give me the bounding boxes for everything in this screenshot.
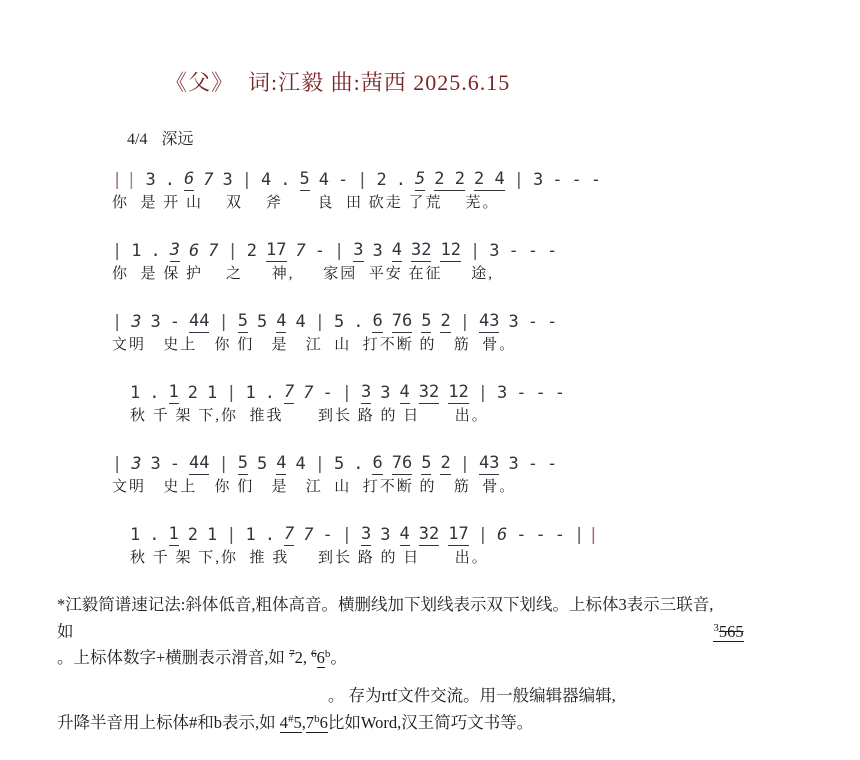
note: 2: [377, 170, 387, 191]
score-line-4: 1.121|1.77-|3343212|3---秋 千 架 下,你 推我 到长 …: [112, 378, 601, 426]
note: 2: [440, 311, 450, 333]
note: 7: [458, 524, 468, 544]
footnote-text: 。上标体数字+横删表示滑音,如: [57, 648, 289, 667]
barline: |: [218, 454, 228, 475]
footnote-text: *江毅简谱速记法:斜体低音,粗体高音。横删线加下划线表示双下划线。上标体3表示三…: [57, 622, 713, 641]
duration-dash: -: [528, 241, 538, 262]
barline: |: [460, 312, 470, 333]
note: 4: [319, 170, 329, 191]
note: 3: [170, 240, 180, 262]
duration-dash: -: [555, 383, 565, 404]
note: 4: [400, 382, 410, 404]
note: 6: [184, 169, 194, 191]
note: 3: [373, 241, 383, 262]
score-line-2: |1.367|2177-|3343212|3---你 是 保 护 之 神, 家园…: [112, 236, 601, 284]
footnote-text: ,: [303, 648, 311, 667]
footnote-text: 。 存为rtf文件交流。用一般编辑器编辑, 比如Word,汉王简巧文书等。: [328, 713, 616, 732]
score-line-3: |33-44|5544|5.67652|433--文明 史上 你 们 是 江 山…: [112, 307, 601, 355]
barline: |: [478, 525, 488, 546]
note: 7: [303, 525, 313, 546]
note: 3: [131, 312, 141, 333]
barline: |: [228, 241, 238, 262]
duration-dash: -: [555, 525, 565, 546]
note: 6: [189, 241, 199, 262]
duration-dot: .: [165, 170, 175, 191]
notes-row: |1.367|2177-|3343212|3---: [112, 236, 601, 262]
footnote-paragraph-2: 升降半音用上标体#和b表示,如 4#5,7b6。 存为rtf文件交流。用一般编辑…: [57, 683, 821, 736]
duration-dash: -: [508, 241, 518, 262]
song-date: 2025.6.15: [413, 70, 510, 95]
note: 6: [497, 525, 507, 546]
note: 1: [169, 524, 179, 546]
note: 5: [334, 312, 344, 333]
note: 3: [497, 383, 507, 404]
notes-row: |33-44|5544|5.67652|433--: [112, 307, 601, 333]
notes-row: 1.121|1.77-|3343212|3---: [130, 378, 601, 404]
duration-dash: -: [338, 170, 348, 191]
song-title: 《父》: [165, 70, 234, 95]
note: 2: [188, 525, 198, 546]
note: 7: [276, 240, 286, 260]
note: 44: [189, 311, 209, 333]
note: 7: [303, 383, 313, 404]
duration-dash: -: [516, 525, 526, 546]
duration-dash: -: [547, 312, 557, 333]
duration-dot: .: [265, 525, 275, 546]
barline: |: [470, 241, 480, 262]
score-line-6: 1.121|1.77-|3343217|6---||秋 千 架 下,你 推 我 …: [112, 520, 601, 568]
note: 4: [276, 453, 286, 475]
note: 32: [411, 240, 431, 262]
barline-stroke: |: [126, 170, 136, 190]
duration-dash: -: [170, 454, 180, 475]
note: 76: [392, 453, 412, 475]
duration-dash: -: [571, 170, 581, 191]
note: 3: [151, 454, 161, 475]
duration-dash: -: [323, 525, 333, 546]
lyrics-line: 你 是 开 山 双 斧 良 田 砍走 了荒 芜。: [112, 193, 601, 213]
barline: |: [315, 312, 325, 333]
note: 4: [276, 311, 286, 333]
duration-dot: .: [149, 383, 159, 404]
barline: |: [112, 454, 122, 475]
duration-dot: .: [280, 170, 290, 191]
note: 7: [284, 382, 294, 404]
note: 6: [372, 311, 382, 333]
note: 1: [130, 525, 140, 546]
footnote-text: 4: [280, 713, 288, 733]
note: 3: [361, 382, 371, 404]
note: 12: [440, 240, 460, 262]
duration-dash: -: [535, 383, 545, 404]
barline-stroke: |: [112, 170, 122, 190]
note: 2: [247, 241, 257, 262]
note: 1: [169, 382, 179, 404]
barline: |: [342, 383, 352, 404]
duration-dash: -: [170, 312, 180, 333]
note: 3: [508, 312, 518, 333]
note: 2 4: [474, 169, 505, 191]
note: 5: [334, 454, 344, 475]
note: 5: [257, 454, 267, 475]
note: 1: [246, 383, 256, 404]
note: 3: [380, 383, 390, 404]
footnotes: *江毅简谱速记法:斜体低音,粗体高音。横删线加下划线表示双下划线。上标体3表示三…: [57, 592, 821, 748]
duration-dash: -: [315, 241, 325, 262]
barline: |: [478, 383, 488, 404]
note: 2: [188, 383, 198, 404]
note: 5: [238, 311, 248, 333]
footnote-text: 6: [320, 713, 328, 733]
note: 7: [208, 241, 218, 262]
note: 2 2: [434, 169, 465, 191]
note: 5: [257, 312, 267, 333]
note: 4: [295, 454, 305, 475]
duration-dot: .: [396, 170, 406, 191]
sheet-music-page: 《父》词:江毅 曲:茜西 2025.6.15 4/4深远 ||3.673|4.5…: [0, 0, 860, 760]
barline: |: [226, 383, 236, 404]
song-credits: 词:江毅 曲:茜西: [248, 70, 407, 95]
note: 7: [203, 170, 213, 191]
duration-dot: .: [149, 525, 159, 546]
lyrics-line: 文明 史上 你 们 是 江 山 打不断 的 筋 骨。: [112, 477, 601, 497]
note: 6: [372, 453, 382, 475]
duration-dash: -: [528, 312, 538, 333]
note: 4: [392, 240, 402, 262]
notes-row: 1.121|1.77-|3343217|6---||: [130, 520, 601, 546]
notes-row: ||3.673|4.54-|2.52 22 4|3---: [112, 165, 601, 191]
note: 5: [238, 453, 248, 475]
tempo-marking: 深远: [161, 131, 193, 148]
score: ||3.673|4.54-|2.52 22 4|3---你 是 开 山 双 斧 …: [112, 165, 601, 591]
note: 3: [508, 454, 518, 475]
note: 3: [151, 312, 161, 333]
note: 1: [448, 524, 458, 544]
note: 3: [131, 454, 141, 475]
note: 32: [419, 382, 439, 404]
note: 43: [479, 453, 499, 475]
barline-stroke: |: [588, 525, 598, 545]
note: 4: [295, 312, 305, 333]
barline: |: [315, 454, 325, 475]
song-title-row: 《父》词:江毅 曲:茜西 2025.6.15: [165, 66, 510, 97]
duration-dash: -: [591, 170, 601, 191]
duration-dash: -: [535, 525, 545, 546]
barline: |: [514, 170, 524, 191]
note: 3: [533, 170, 543, 191]
footnote-text: 5: [294, 713, 302, 733]
note: 3: [489, 241, 499, 262]
barline: |: [334, 241, 344, 262]
note: 5: [421, 311, 431, 333]
barline: ||: [112, 170, 137, 191]
note: 17: [448, 524, 469, 546]
note: 1: [266, 240, 276, 260]
barline: ||: [574, 525, 599, 546]
note: 1: [246, 525, 256, 546]
barline-stroke: |: [574, 525, 584, 545]
score-line-5: |33-44|5544|5.67652|433--文明 史上 你 们 是 江 山…: [112, 449, 601, 497]
note: 76: [392, 311, 412, 333]
note: 1: [130, 383, 140, 404]
duration-dash: -: [323, 383, 333, 404]
footnote-paragraph-1: *江毅简谱速记法:斜体低音,粗体高音。横删线加下划线表示双下划线。上标体3表示三…: [57, 592, 821, 672]
note: 4: [400, 524, 410, 546]
note: 3: [380, 525, 390, 546]
duration-dot: .: [151, 241, 161, 262]
note: 5: [300, 169, 310, 191]
note: 43: [479, 311, 499, 333]
barline: |: [460, 454, 470, 475]
duration-dot: .: [265, 383, 275, 404]
note: 7: [296, 241, 306, 262]
barline: |: [218, 312, 228, 333]
note: 12: [448, 382, 468, 404]
barline: |: [226, 525, 236, 546]
duration-dot: .: [353, 454, 363, 475]
barline: |: [357, 170, 367, 191]
duration-dash: -: [516, 383, 526, 404]
note: 2: [440, 453, 450, 475]
footnote-text: 升降半音用上标体#和b表示,如: [57, 713, 280, 732]
time-signature: 4/4: [127, 131, 147, 148]
footnote-text: 2: [295, 648, 303, 667]
note: 5: [421, 453, 431, 475]
note: 32: [419, 524, 439, 546]
meter-row: 4/4深远: [127, 126, 193, 149]
duration-dash: -: [528, 454, 538, 475]
footnote-text: 565: [719, 622, 744, 642]
note: 44: [189, 453, 209, 475]
duration-dash: -: [547, 454, 557, 475]
duration-dash: -: [552, 170, 562, 191]
notes-row: |33-44|5544|5.67652|433--: [112, 449, 601, 475]
barline: |: [242, 170, 252, 191]
barline: |: [112, 312, 122, 333]
barline: |: [342, 525, 352, 546]
note: 3: [361, 524, 371, 546]
note: 3: [146, 170, 156, 191]
note: 5: [415, 169, 425, 191]
note: 3: [353, 240, 363, 262]
note: 7: [284, 524, 294, 546]
lyrics-line: 秋 千 架 下,你 推我 到长 路 的 日 出。: [130, 406, 601, 426]
lyrics-line: 文明 史上 你 们 是 江 山 打不断 的 筋 骨。: [112, 335, 601, 355]
barline: |: [112, 241, 122, 262]
note: 17: [266, 240, 287, 262]
lyrics-line: 秋 千 架 下,你 推 我 到长 路 的 日 出。: [130, 548, 601, 568]
note: 3: [223, 170, 233, 191]
note: 1: [207, 383, 217, 404]
note: 4: [261, 170, 271, 191]
duration-dash: -: [547, 241, 557, 262]
footnote-text: 7: [306, 713, 314, 733]
lyrics-line: 你 是 保 护 之 神, 家园 平安 在征 途,: [112, 264, 601, 284]
duration-dot: .: [353, 312, 363, 333]
note: 1: [207, 525, 217, 546]
note: 1: [131, 241, 141, 262]
footnote-text: 6: [317, 648, 325, 668]
score-line-1: ||3.673|4.54-|2.52 22 4|3---你 是 开 山 双 斧 …: [112, 165, 601, 213]
footnote-text: 。: [330, 648, 347, 667]
